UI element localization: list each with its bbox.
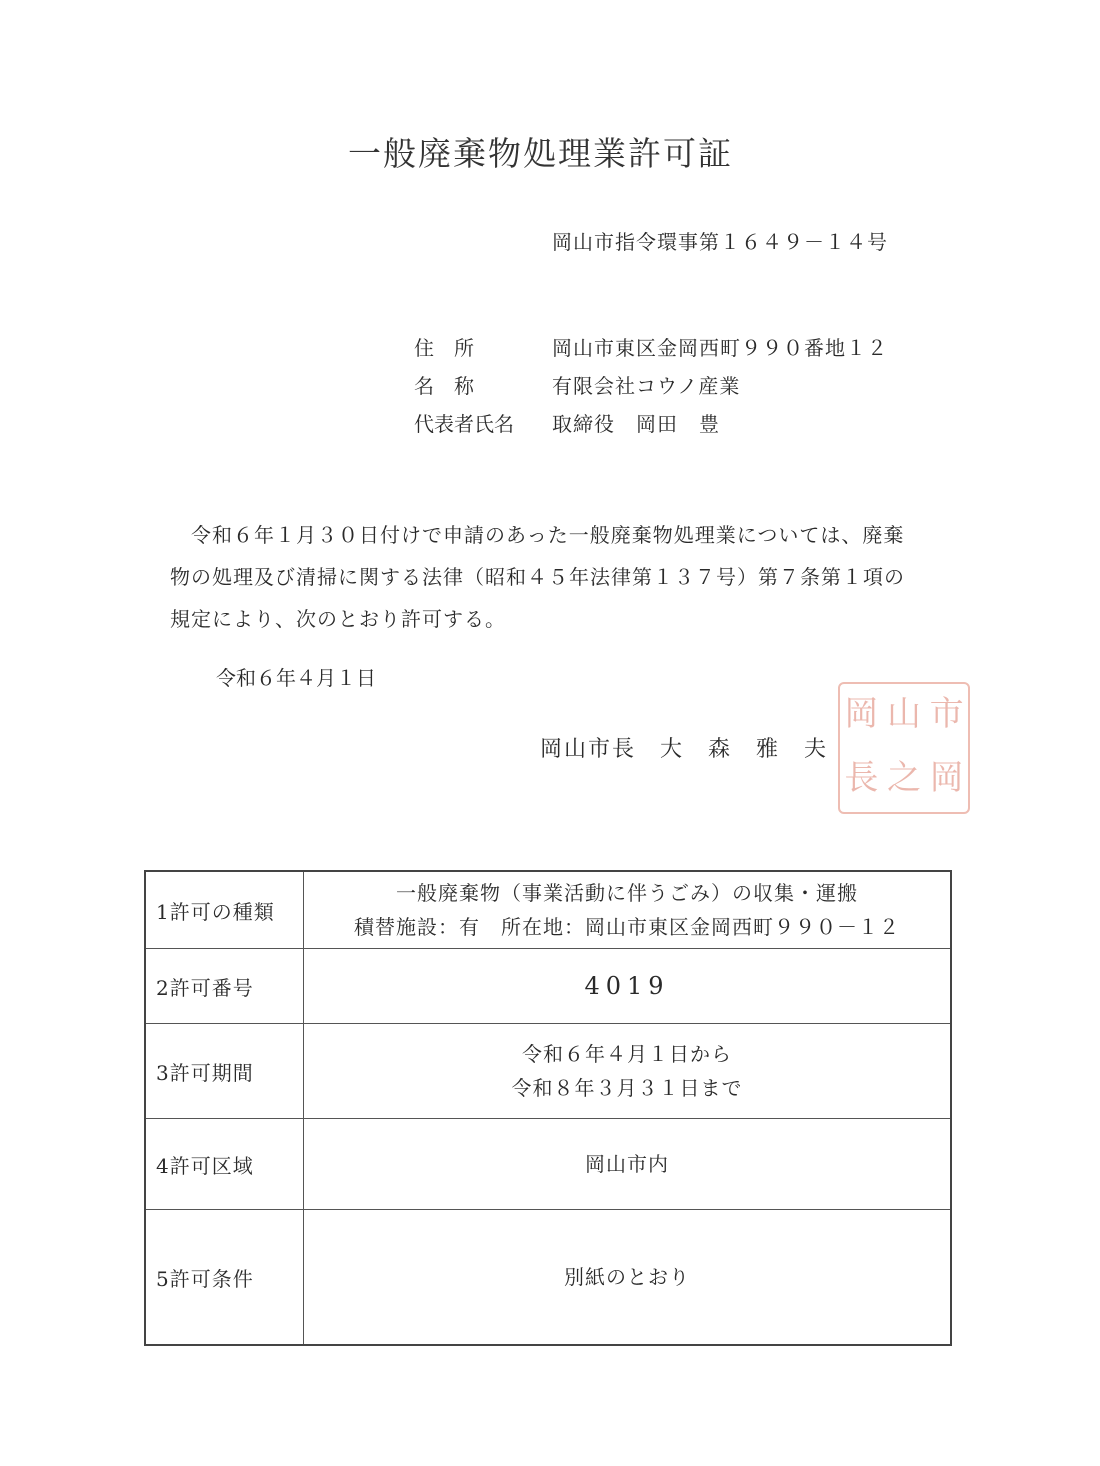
table-row: 1許可の種類 一般廃棄物（事業活動に伴うごみ）の収集・運搬 積替施設：有 所在地…	[145, 871, 951, 949]
body-paragraph: 令和６年１月３０日付けで申請のあった一般廃棄物処理業については、廃棄 物の処理及…	[170, 514, 950, 640]
representative-label: 代表者氏名	[414, 410, 552, 448]
representative-value: 取締役 岡田 豊	[552, 410, 720, 448]
official-seal-icon: 岡 山 市 長 之 岡	[838, 682, 970, 814]
body-line: 規定により、次のとおり許可する。	[170, 598, 950, 640]
name-value: 有限会社コウノ産業	[552, 372, 740, 410]
body-line: 令和６年１月３０日付けで申請のあった一般廃棄物処理業については、廃棄	[170, 514, 950, 556]
issuer-name: 岡山市長 大 森 雅 夫	[540, 732, 828, 763]
permit-type-label: 1許可の種類	[145, 871, 304, 949]
seal-char: 長	[840, 748, 883, 812]
address-row: 住 所 岡山市東区金岡西町９９０番地１２	[414, 334, 888, 372]
table-row: 5許可条件 別紙のとおり	[145, 1210, 951, 1346]
name-label: 名 称	[414, 372, 552, 410]
permit-area-line: 岡山市内	[305, 1147, 949, 1181]
name-row: 名 称 有限会社コウノ産業	[414, 372, 888, 410]
permit-number-line: 4019	[305, 969, 949, 1003]
permit-period-label: 3許可期間	[145, 1024, 304, 1119]
permit-conditions-line: 別紙のとおり	[305, 1260, 949, 1294]
permit-conditions-value: 別紙のとおり	[304, 1210, 952, 1346]
permit-period-line: 令和６年４月１日から	[305, 1037, 949, 1071]
representative-row: 代表者氏名 取締役 岡田 豊	[414, 410, 888, 448]
permit-area-value: 岡山市内	[304, 1119, 952, 1210]
permit-period-line: 令和８年３月３１日まで	[305, 1071, 949, 1105]
seal-char: 岡	[925, 748, 968, 812]
permit-area-label: 4許可区域	[145, 1119, 304, 1210]
address-value: 岡山市東区金岡西町９９０番地１２	[552, 334, 888, 372]
permit-type-line: 積替施設：有 所在地：岡山市東区金岡西町９９０－１２	[305, 910, 949, 944]
issue-date: 令和６年４月１日	[216, 662, 376, 691]
permit-type-line: 一般廃棄物（事業活動に伴うごみ）の収集・運搬	[305, 876, 949, 910]
table-row: 2許可番号 4019	[145, 949, 951, 1024]
body-line: 物の処理及び清掃に関する法律（昭和４５年法律第１３７号）第７条第１項の	[170, 556, 950, 598]
seal-char: 市	[925, 684, 968, 748]
seal-char: 岡	[840, 684, 883, 748]
document-title: 一般廃棄物処理業許可証	[348, 128, 733, 175]
permit-period-value: 令和６年４月１日から 令和８年３月３１日まで	[304, 1024, 952, 1119]
seal-char: 之	[883, 748, 926, 812]
table-row: 4許可区域 岡山市内	[145, 1119, 951, 1210]
permit-type-value: 一般廃棄物（事業活動に伴うごみ）の収集・運搬 積替施設：有 所在地：岡山市東区金…	[304, 871, 952, 949]
permit-conditions-label: 5許可条件	[145, 1210, 304, 1346]
table-row: 3許可期間 令和６年４月１日から 令和８年３月３１日まで	[145, 1024, 951, 1119]
permit-details-table: 1許可の種類 一般廃棄物（事業活動に伴うごみ）の収集・運搬 積替施設：有 所在地…	[144, 870, 952, 1346]
address-label: 住 所	[414, 334, 552, 372]
seal-char: 山	[883, 684, 926, 748]
permit-number-value: 4019	[304, 949, 952, 1024]
permit-number-label: 2許可番号	[145, 949, 304, 1024]
reference-number: 岡山市指令環事第１６４９－１４号	[552, 226, 888, 255]
applicant-info: 住 所 岡山市東区金岡西町９９０番地１２ 名 称 有限会社コウノ産業 代表者氏名…	[414, 334, 888, 448]
